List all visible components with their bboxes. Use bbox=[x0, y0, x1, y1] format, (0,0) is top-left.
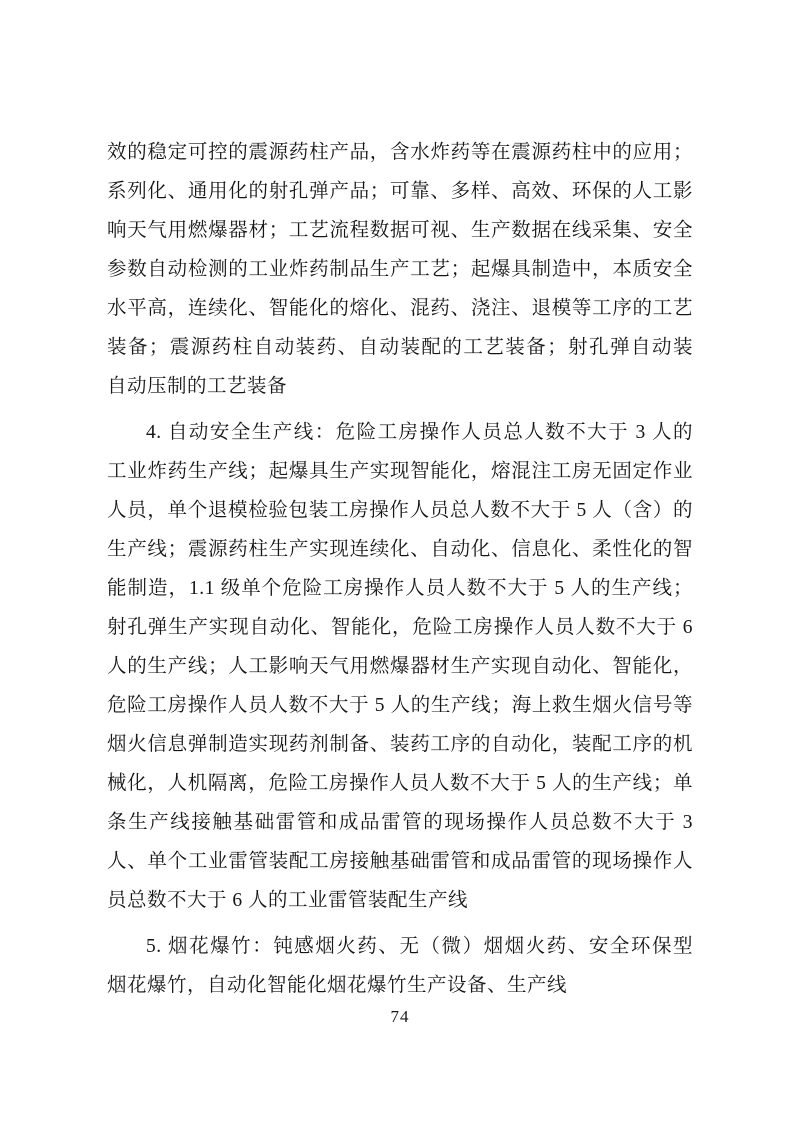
text-line: 生产线；震源药柱生产实现连续化、自动化、信息化、柔性化的智 bbox=[107, 530, 693, 569]
text-line: 能制造，1.1 级单个危险工房操作人员人数不大于 5 人的生产线； bbox=[107, 569, 693, 608]
text-line: 水平高，连续化、智能化的熔化、混药、浇注、退模等工序的工艺 bbox=[107, 289, 693, 328]
text-line: 烟火信息弹制造实现药剂制备、装药工序的自动化，装配工序的机 bbox=[107, 725, 693, 764]
text-line: 4. 自动安全生产线：危险工房操作人员总人数不大于 3 人的 bbox=[107, 413, 693, 452]
text-line: 工业炸药生产线；起爆具生产实现智能化，熔混注工房无固定作业 bbox=[107, 452, 693, 491]
text-line: 械化，人机隔离，危险工房操作人员人数不大于 5 人的生产线；单 bbox=[107, 764, 693, 803]
text-line: 效的稳定可控的震源药柱产品，含水炸药等在震源药柱中的应用； bbox=[107, 133, 693, 172]
text-line: 自动压制的工艺装备 bbox=[107, 367, 693, 406]
text-line: 射孔弹生产实现自动化、智能化，危险工房操作人员人数不大于 6 bbox=[107, 608, 693, 647]
document-page: 效的稳定可控的震源药柱产品，含水炸药等在震源药柱中的应用；系列化、通用化的射孔弹… bbox=[0, 0, 800, 1131]
text-line: 人的生产线；人工影响天气用燃爆器材生产实现自动化、智能化， bbox=[107, 647, 693, 686]
page-number: 74 bbox=[0, 1003, 800, 1031]
body-text: 效的稳定可控的震源药柱产品，含水炸药等在震源药柱中的应用；系列化、通用化的射孔弹… bbox=[107, 133, 693, 1005]
text-line: 系列化、通用化的射孔弹产品；可靠、多样、高效、环保的人工影 bbox=[107, 172, 693, 211]
text-line: 装备；震源药柱自动装药、自动装配的工艺装备；射孔弹自动装药、 bbox=[107, 328, 693, 367]
text-line: 参数自动检测的工业炸药制品生产工艺；起爆具制造中，本质安全 bbox=[107, 250, 693, 289]
text-line: 危险工房操作人员人数不大于 5 人的生产线；海上救生烟火信号等 bbox=[107, 686, 693, 725]
text-line: 人员，单个退模检验包装工房操作人员总人数不大于 5 人（含）的 bbox=[107, 491, 693, 530]
text-line: 员总数不大于 6 人的工业雷管装配生产线 bbox=[107, 881, 693, 920]
text-line: 响天气用燃爆器材；工艺流程数据可视、生产数据在线采集、安全 bbox=[107, 211, 693, 250]
text-line: 条生产线接触基础雷管和成品雷管的现场操作人员总数不大于 3 bbox=[107, 803, 693, 842]
text-line: 5. 烟花爆竹：钝感烟火药、无（微）烟烟火药、安全环保型 bbox=[107, 927, 693, 966]
text-line: 烟花爆竹，自动化智能化烟花爆竹生产设备、生产线 bbox=[107, 966, 693, 1005]
text-line: 人、单个工业雷管装配工房接触基础雷管和成品雷管的现场操作人 bbox=[107, 842, 693, 881]
